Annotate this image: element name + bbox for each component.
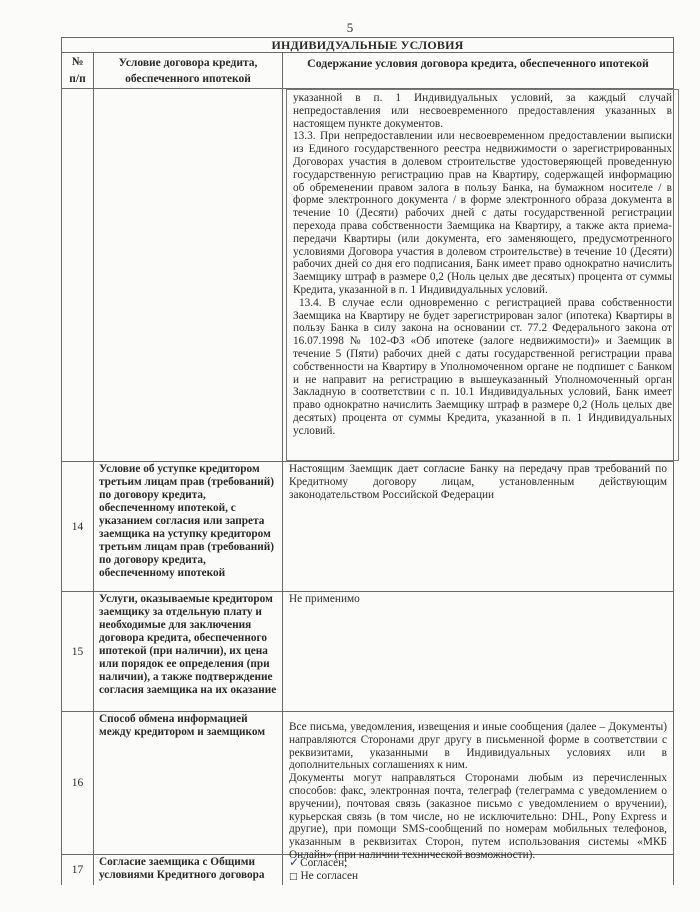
header-condition: Условие договора кредита, обеспеченного … <box>94 53 283 88</box>
table-row: 15 Услуги, оказываемые кредитором заемщи… <box>62 592 673 712</box>
row-condition: Согласие заемщика с Общими условиями Кре… <box>94 855 283 885</box>
table-row: 14 Условие об уступке кредитором третьим… <box>62 462 673 592</box>
row-condition: Условие об уступке кредитором третьим ли… <box>94 462 283 591</box>
content-paragraph-13-3: 13.3. При непредоставлении или несвоевре… <box>293 130 672 296</box>
row-content: Не применимо <box>283 592 673 711</box>
row-condition <box>94 89 283 461</box>
content-paragraph: Не применимо <box>289 593 667 606</box>
content-paragraph-13-4: 13.4. В случае если одновременно с регис… <box>293 297 672 438</box>
individual-conditions-table: ИНДИВИДУАЛЬНЫЕ УСЛОВИЯ № п/п Условие дог… <box>61 37 674 885</box>
row-condition: Услуги, оказываемые кредитором заемщику … <box>94 592 283 711</box>
table-title: ИНДИВИДУАЛЬНЫЕ УСЛОВИЯ <box>62 38 673 53</box>
checkmark-icon[interactable]: ✓ <box>289 856 299 869</box>
row-number: 17 <box>62 855 94 885</box>
row-content: Все письма, уведомления, извещения и ины… <box>283 712 673 854</box>
header-content: Содержание условия договора кредита, обе… <box>283 53 673 88</box>
row-number: 14 <box>62 462 94 591</box>
header-number-abbr: п/п <box>69 71 85 88</box>
row-number <box>62 89 94 461</box>
header-number-symbol: № <box>72 54 84 71</box>
row-content: Настоящим Заемщик дает согласие Банку на… <box>283 462 673 591</box>
content-paragraph: Все письма, уведомления, извещения и ины… <box>289 721 667 772</box>
row-condition: Способ обмена информацией между кредитор… <box>94 712 283 854</box>
page-number: 5 <box>0 20 700 36</box>
option-agree-label: Согласен; <box>300 857 347 869</box>
row-content: указанной в п. 1 Индивидуальных условий,… <box>286 89 679 461</box>
table-header-row: № п/п Условие договора кредита, обеспече… <box>62 53 673 89</box>
table-row: 16 Способ обмена информацией между креди… <box>62 712 673 855</box>
checkbox-empty-icon[interactable]: □ <box>289 871 298 884</box>
content-paragraph: Документы могут направляться Сторонами л… <box>289 772 667 862</box>
row-number: 16 <box>62 712 94 854</box>
content-paragraph: Настоящим Заемщик дает согласие Банку на… <box>289 463 667 501</box>
content-paragraph: указанной в п. 1 Индивидуальных условий,… <box>293 92 672 130</box>
row-content: ✓Согласен; □Не согласен <box>283 855 673 885</box>
row-number: 15 <box>62 592 94 711</box>
table-row: указанной в п. 1 Индивидуальных условий,… <box>62 89 673 462</box>
header-number: № п/п <box>62 53 94 88</box>
table-row: 17 Согласие заемщика с Общими условиями … <box>62 855 673 885</box>
option-disagree[interactable]: □Не согласен <box>289 870 667 884</box>
option-agree[interactable]: ✓Согласен; <box>289 856 667 870</box>
option-disagree-label: Не согласен <box>301 870 359 882</box>
